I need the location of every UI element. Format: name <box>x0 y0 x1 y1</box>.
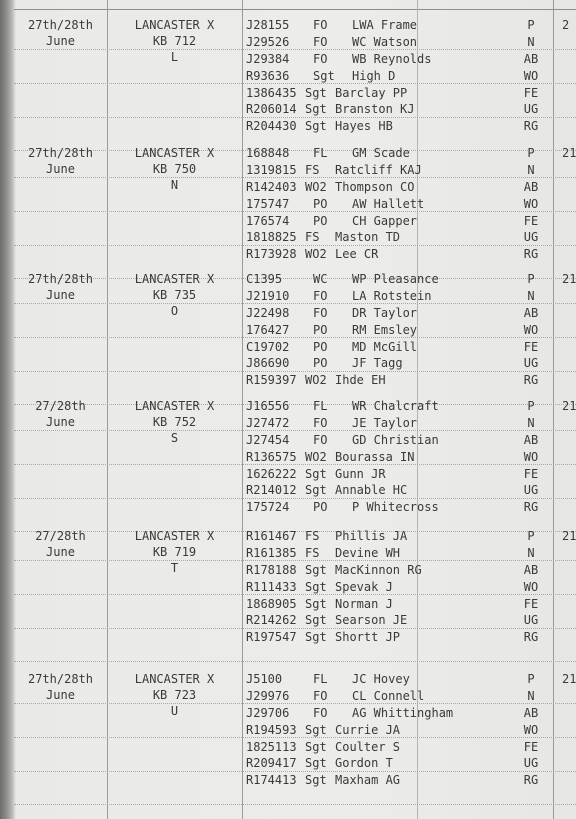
rank: PO <box>313 196 327 212</box>
month-line: June <box>14 287 107 303</box>
crew-member-row: R173928WO2Lee CRRG <box>246 246 552 263</box>
crew-member-row: R161467FSPhillis JAP <box>246 528 552 545</box>
crew-member-row: J27472FOJE TaylorN <box>246 415 552 432</box>
date-cell: 27th/28th June <box>14 17 107 49</box>
date-line: 27/28th <box>14 528 107 544</box>
aircraft-letter: N <box>107 177 242 193</box>
crew-member-row: R214262SgtSearson JEUG <box>246 612 552 629</box>
crew-name: WP Pleasance <box>352 271 439 287</box>
service-number: J29706 <box>246 705 289 721</box>
rank: Sgt <box>305 629 327 645</box>
rank: FO <box>313 432 327 448</box>
crew-list: J5100FLJC HoveyPJ29976FOCL ConnellNJ2970… <box>246 671 552 789</box>
crew-position: P <box>516 17 546 33</box>
month-line: June <box>14 414 107 430</box>
service-number: R204430 <box>246 118 297 134</box>
crew-member-row: R136575WO2Bourassa INWO <box>246 449 552 466</box>
crew-position: UG <box>516 229 546 245</box>
crew-member-row: C19702POMD McGillFE <box>246 339 552 356</box>
rank: FO <box>313 688 327 704</box>
crew-position: AB <box>516 179 546 195</box>
service-number: 1319815 <box>246 162 297 178</box>
rank: FS <box>305 229 319 245</box>
service-number: R194593 <box>246 722 297 738</box>
crew-name: Maxham AG <box>335 772 400 788</box>
crew-list: R161467FSPhillis JAPR161385FSDevine WHNR… <box>246 528 552 646</box>
aircraft-type: LANCASTER X <box>107 671 242 687</box>
rank: Sgt <box>305 772 327 788</box>
aircraft-type: LANCASTER X <box>107 271 242 287</box>
service-number: J86690 <box>246 355 289 371</box>
crew-position: FE <box>516 739 546 755</box>
crew-list: C1395WCWP PleasancePJ21910FOLA RotsteinN… <box>246 271 552 389</box>
rank: WO2 <box>305 449 327 465</box>
rank: Sgt <box>305 596 327 612</box>
crew-name: Phillis JA <box>335 528 407 544</box>
crew-position: AB <box>516 305 546 321</box>
crew-record: 27th/28th June LANCASTER X KB 735 O C139… <box>0 264 576 390</box>
crew-record: 27/28th June LANCASTER X KB 752 S J16556… <box>0 391 576 517</box>
crew-member-row: 168848FLGM ScadeP <box>246 145 552 162</box>
crew-name: P Whitecross <box>352 499 439 515</box>
crew-member-row: 1626222SgtGunn JRFE <box>246 466 552 483</box>
service-number: R178188 <box>246 562 297 578</box>
service-number: J27472 <box>246 415 289 431</box>
service-number: 1818825 <box>246 229 297 245</box>
crew-position: N <box>516 288 546 304</box>
rank: WO2 <box>305 372 327 388</box>
crew-member-row: 1868905SgtNorman JFE <box>246 596 552 613</box>
aircraft-letter: L <box>107 49 242 65</box>
date-cell: 27th/28th June <box>14 671 107 703</box>
crew-member-row: R111433SgtSpevak JWO <box>246 579 552 596</box>
crew-position: AB <box>516 51 546 67</box>
service-number: 175747 <box>246 196 289 212</box>
crew-position: UG <box>516 355 546 371</box>
aircraft-cell: LANCASTER X KB 712 L <box>107 17 242 65</box>
crew-position: UG <box>516 482 546 498</box>
crew-name: AG Whittingham <box>352 705 453 721</box>
rank: FS <box>305 545 319 561</box>
rank: FO <box>313 34 327 50</box>
rank: FS <box>305 162 319 178</box>
crew-position: N <box>516 688 546 704</box>
crew-member-row: 1319815FSRatcliff KAJN <box>246 162 552 179</box>
crew-name: Searson JE <box>335 612 407 628</box>
crew-position: RG <box>516 772 546 788</box>
rank: Sgt <box>305 101 327 117</box>
rank: PO <box>313 499 327 515</box>
crew-name: GM Scade <box>352 145 410 161</box>
crew-name: Currie JA <box>335 722 400 738</box>
crew-position: FE <box>516 213 546 229</box>
crew-name: Coulter S <box>335 739 400 755</box>
crew-position: RG <box>516 118 546 134</box>
crew-member-row: J5100FLJC HoveyP <box>246 671 552 688</box>
aircraft-type: LANCASTER X <box>107 528 242 544</box>
crew-position: N <box>516 415 546 431</box>
document-page: 27th/28th June LANCASTER X KB 712 L J281… <box>0 0 576 819</box>
rank: WO2 <box>305 246 327 262</box>
month-line: June <box>14 33 107 49</box>
aircraft-cell: LANCASTER X KB 752 S <box>107 398 242 446</box>
service-number: R93636 <box>246 68 289 84</box>
crew-position: WO <box>516 196 546 212</box>
crew-position: FE <box>516 596 546 612</box>
rank: FL <box>313 398 327 414</box>
rank: Sgt <box>305 85 327 101</box>
service-number: R142403 <box>246 179 297 195</box>
crew-name: Bourassa IN <box>335 449 414 465</box>
aircraft-letter: T <box>107 560 242 576</box>
rank: FO <box>313 288 327 304</box>
crew-record: 27/28th June LANCASTER X KB 719 T R16146… <box>0 521 576 647</box>
crew-position: RG <box>516 372 546 388</box>
crew-name: Gunn JR <box>335 466 386 482</box>
crew-name: Branston KJ <box>335 101 414 117</box>
crew-member-row: R174413SgtMaxham AGRG <box>246 772 552 789</box>
month-line: June <box>14 161 107 177</box>
rank: Sgt <box>305 579 327 595</box>
crew-position: N <box>516 545 546 561</box>
crew-name: GD Christian <box>352 432 439 448</box>
crew-name: CH Gapper <box>352 213 417 229</box>
crew-name: WR Chalcraft <box>352 398 439 414</box>
crew-member-row: 1386435SgtBarclay PPFE <box>246 85 552 102</box>
crew-position: WO <box>516 68 546 84</box>
rank: Sgt <box>305 482 327 498</box>
rank: Sgt <box>305 562 327 578</box>
crew-member-row: R206014SgtBranston KJUG <box>246 101 552 118</box>
crew-position: AB <box>516 562 546 578</box>
crew-list: J16556FLWR ChalcraftPJ27472FOJE TaylorNJ… <box>246 398 552 516</box>
service-number: J27454 <box>246 432 289 448</box>
date-cell: 27th/28th June <box>14 145 107 177</box>
row-rule <box>14 804 576 805</box>
crew-record: 27th/28th June LANCASTER X KB 750 N 1688… <box>0 138 576 264</box>
squadron-number-partial: 21A <box>562 528 576 544</box>
aircraft-type: LANCASTER X <box>107 17 242 33</box>
crew-member-row: R194593SgtCurrie JAWO <box>246 722 552 739</box>
squadron-number-partial: 21 <box>562 145 576 161</box>
crew-name: JC Hovey <box>352 671 410 687</box>
crew-position: RG <box>516 499 546 515</box>
crew-position: P <box>516 398 546 414</box>
rank: Sgt <box>313 68 335 84</box>
crew-member-row: J29526FOWC WatsonN <box>246 34 552 51</box>
aircraft-serial: KB 719 <box>107 544 242 560</box>
service-number: J16556 <box>246 398 289 414</box>
crew-name: Annable HC <box>335 482 407 498</box>
crew-name: Norman J <box>335 596 393 612</box>
aircraft-cell: LANCASTER X KB 750 N <box>107 145 242 193</box>
crew-member-row: R159397WO2Ihde EHRG <box>246 372 552 389</box>
crew-name: JF Tagg <box>352 355 403 371</box>
aircraft-serial: KB 723 <box>107 687 242 703</box>
crew-position: UG <box>516 755 546 771</box>
date-line: 27th/28th <box>14 271 107 287</box>
rank: FO <box>313 415 327 431</box>
date-line: 27th/28th <box>14 145 107 161</box>
crew-member-row: J29706FOAG WhittinghamAB <box>246 705 552 722</box>
aircraft-cell: LANCASTER X KB 735 O <box>107 271 242 319</box>
service-number: J28155 <box>246 17 289 33</box>
service-number: 1825113 <box>246 739 297 755</box>
crew-position: UG <box>516 101 546 117</box>
rank: Sgt <box>305 118 327 134</box>
crew-position: FE <box>516 85 546 101</box>
crew-member-row: 175747POAW HallettWO <box>246 196 552 213</box>
service-number: 176427 <box>246 322 289 338</box>
month-line: June <box>14 544 107 560</box>
crew-position: WO <box>516 322 546 338</box>
crew-name: Hayes HB <box>335 118 393 134</box>
crew-member-row: R93636SgtHigh DWO <box>246 68 552 85</box>
aircraft-serial: KB 735 <box>107 287 242 303</box>
service-number: 176574 <box>246 213 289 229</box>
service-number: 175724 <box>246 499 289 515</box>
crew-position: P <box>516 528 546 544</box>
rank: FO <box>313 51 327 67</box>
crew-position: P <box>516 145 546 161</box>
crew-member-row: J16556FLWR ChalcraftP <box>246 398 552 415</box>
service-number: R214012 <box>246 482 297 498</box>
crew-position: WO <box>516 579 546 595</box>
crew-member-row: R142403WO2Thompson COAB <box>246 179 552 196</box>
rank: WC <box>313 271 327 287</box>
crew-position: FE <box>516 339 546 355</box>
crew-list: J28155FOLWA FramePJ29526FOWC WatsonNJ293… <box>246 17 552 135</box>
crew-position: RG <box>516 246 546 262</box>
aircraft-cell: LANCASTER X KB 719 T <box>107 528 242 576</box>
crew-name: Ihde EH <box>335 372 386 388</box>
crew-list: 168848FLGM ScadeP1319815FSRatcliff KAJNR… <box>246 145 552 263</box>
rank: FO <box>313 305 327 321</box>
crew-name: RM Emsley <box>352 322 417 338</box>
crew-name: Devine WH <box>335 545 400 561</box>
squadron-number-partial: 21 <box>562 671 576 687</box>
crew-member-row: R204430SgtHayes HBRG <box>246 118 552 135</box>
date-line: 27th/28th <box>14 671 107 687</box>
service-number: R197547 <box>246 629 297 645</box>
crew-name: CL Connell <box>352 688 424 704</box>
rank: Sgt <box>305 466 327 482</box>
date-line: 27/28th <box>14 398 107 414</box>
squadron-number-partial: 21 <box>562 398 576 414</box>
crew-member-row: 176574POCH GapperFE <box>246 213 552 230</box>
aircraft-letter: U <box>107 703 242 719</box>
service-number: R173928 <box>246 246 297 262</box>
crew-member-row: 176427PORM EmsleyWO <box>246 322 552 339</box>
aircraft-cell: LANCASTER X KB 723 U <box>107 671 242 719</box>
crew-position: RG <box>516 629 546 645</box>
service-number: R159397 <box>246 372 297 388</box>
service-number: J29976 <box>246 688 289 704</box>
crew-position: N <box>516 162 546 178</box>
service-number: R206014 <box>246 101 297 117</box>
crew-member-row: J86690POJF TaggUG <box>246 355 552 372</box>
service-number: 1626222 <box>246 466 297 482</box>
crew-member-row: R178188SgtMacKinnon RGAB <box>246 562 552 579</box>
crew-position: WO <box>516 449 546 465</box>
aircraft-letter: S <box>107 430 242 446</box>
row-rule <box>14 661 576 662</box>
service-number: R136575 <box>246 449 297 465</box>
date-cell: 27th/28th June <box>14 271 107 303</box>
crew-member-row: J22498FODR TaylorAB <box>246 305 552 322</box>
crew-name: Shortt JP <box>335 629 400 645</box>
rank: Sgt <box>305 612 327 628</box>
aircraft-serial: KB 750 <box>107 161 242 177</box>
rank: FO <box>313 705 327 721</box>
rank: FL <box>313 145 327 161</box>
crew-name: MD McGill <box>352 339 417 355</box>
crew-name: Thompson CO <box>335 179 414 195</box>
date-cell: 27/28th June <box>14 528 107 560</box>
crew-name: LA Rotstein <box>352 288 431 304</box>
crew-name: Maston TD <box>335 229 400 245</box>
rank: Sgt <box>305 739 327 755</box>
service-number: J21910 <box>246 288 289 304</box>
rank: FO <box>313 17 327 33</box>
rank: FL <box>313 671 327 687</box>
crew-position: AB <box>516 705 546 721</box>
service-number: J22498 <box>246 305 289 321</box>
rank: PO <box>313 213 327 229</box>
rank: WO2 <box>305 179 327 195</box>
crew-member-row: R197547SgtShortt JPRG <box>246 629 552 646</box>
service-number: J5100 <box>246 671 282 687</box>
crew-name: MacKinnon RG <box>335 562 422 578</box>
crew-position: P <box>516 271 546 287</box>
aircraft-type: LANCASTER X <box>107 398 242 414</box>
crew-member-row: 1818825FSMaston TDUG <box>246 229 552 246</box>
rank: PO <box>313 339 327 355</box>
crew-name: Barclay PP <box>335 85 407 101</box>
crew-position: N <box>516 34 546 50</box>
service-number: 168848 <box>246 145 289 161</box>
service-number: R111433 <box>246 579 297 595</box>
month-line: June <box>14 687 107 703</box>
crew-name: WB Reynolds <box>352 51 431 67</box>
crew-position: WO <box>516 722 546 738</box>
crew-name: DR Taylor <box>352 305 417 321</box>
crew-name: Spevak J <box>335 579 393 595</box>
rank: Sgt <box>305 755 327 771</box>
crew-position: AB <box>516 432 546 448</box>
crew-member-row: J21910FOLA RotsteinN <box>246 288 552 305</box>
service-number: J29526 <box>246 34 289 50</box>
crew-name: LWA Frame <box>352 17 417 33</box>
service-number: 1868905 <box>246 596 297 612</box>
crew-member-row: R161385FSDevine WHN <box>246 545 552 562</box>
crew-member-row: J28155FOLWA FrameP <box>246 17 552 34</box>
aircraft-letter: O <box>107 303 242 319</box>
squadron-number-partial: 21 <box>562 271 576 287</box>
crew-record: 27th/28th June LANCASTER X KB 723 U J510… <box>0 664 576 790</box>
date-cell: 27/28th June <box>14 398 107 430</box>
aircraft-serial: KB 712 <box>107 33 242 49</box>
rank: PO <box>313 322 327 338</box>
crew-position: UG <box>516 612 546 628</box>
crew-name: High D <box>352 68 395 84</box>
service-number: R214262 <box>246 612 297 628</box>
aircraft-serial: KB 752 <box>107 414 242 430</box>
service-number: R161385 <box>246 545 297 561</box>
crew-member-row: J29976FOCL ConnellN <box>246 688 552 705</box>
service-number: R174413 <box>246 772 297 788</box>
crew-member-row: J27454FOGD ChristianAB <box>246 432 552 449</box>
crew-name: JE Taylor <box>352 415 417 431</box>
service-number: 1386435 <box>246 85 297 101</box>
aircraft-type: LANCASTER X <box>107 145 242 161</box>
crew-member-row: R209417SgtGordon TUG <box>246 755 552 772</box>
service-number: R209417 <box>246 755 297 771</box>
service-number: C19702 <box>246 339 289 355</box>
crew-position: FE <box>516 466 546 482</box>
crew-record: 27th/28th June LANCASTER X KB 712 L J281… <box>0 10 576 136</box>
squadron-number-partial: 2 <box>562 17 569 33</box>
crew-member-row: 1825113SgtCoulter SFE <box>246 739 552 756</box>
crew-name: WC Watson <box>352 34 417 50</box>
crew-member-row: J29384FOWB ReynoldsAB <box>246 51 552 68</box>
date-line: 27th/28th <box>14 17 107 33</box>
rank: Sgt <box>305 722 327 738</box>
crew-member-row: 175724POP WhitecrossRG <box>246 499 552 516</box>
rank: PO <box>313 355 327 371</box>
crew-member-row: C1395WCWP PleasanceP <box>246 271 552 288</box>
crew-name: Lee CR <box>335 246 378 262</box>
crew-position: P <box>516 671 546 687</box>
crew-member-row: R214012SgtAnnable HCUG <box>246 482 552 499</box>
rank: FS <box>305 528 319 544</box>
service-number: R161467 <box>246 528 297 544</box>
service-number: J29384 <box>246 51 289 67</box>
crew-name: AW Hallett <box>352 196 424 212</box>
crew-name: Ratcliff KAJ <box>335 162 422 178</box>
crew-name: Gordon T <box>335 755 393 771</box>
service-number: C1395 <box>246 271 282 287</box>
